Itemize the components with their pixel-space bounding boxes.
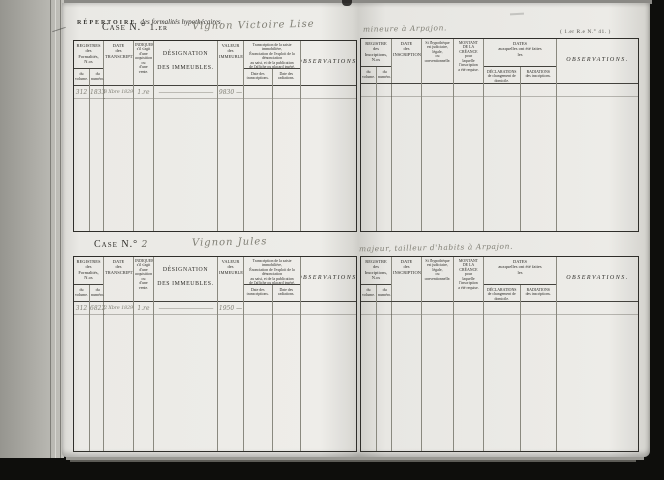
empty-entry [244,302,272,315]
empty-entry [392,84,421,97]
date-header: DATE des TRANSCRIPTIONS. [104,257,133,302]
subcol-date-transcriptions: Date des transcriptions. [244,69,272,231]
col-hypotheque: Si l'hypothèque est judiciaire, légale, … [422,39,454,231]
empty-entry [454,302,483,315]
empty-column-body [557,97,638,231]
col-hypotheque: Si l'hypothèque est judiciaire, légale, … [422,257,454,451]
date-header: DATE des INSCRIPTIONS. [392,257,421,302]
col-indiquer: INDIQUER s'il s'agit d'une acquisition o… [134,41,154,231]
registres-header: REGISTRES des Formalités, N.os [74,257,103,285]
empty-entry [244,86,272,99]
case-1-status-handwritten: mineure à Arpajon. [363,23,447,33]
subcol-numero: du numéro. [376,285,392,451]
empty-column-body [273,315,301,451]
empty-column-body [484,97,520,231]
empty-column-body [90,315,105,451]
numero-subheader: du numéro. [377,67,392,84]
book-page-stack-edge [0,0,64,458]
entry-date: 8 Xbre 1829 [104,86,133,99]
date-header: DATE des TRANSCRIPTIONS. [104,41,133,86]
empty-column-body [273,99,301,231]
declarations-subheader: DÉCLARATIONS de changement de domicile. [484,67,520,84]
registres-header: REGISTRES des Formalités, N.os [74,41,103,69]
col-montant: MONTANT DE LA CRÉANCE pour laquelle l'in… [454,257,484,451]
subcol-date-transcriptions: Date des transcriptions. [244,285,272,451]
montant-header: MONTANT DE LA CRÉANCE pour laquelle l'in… [454,39,483,84]
hypotheque-header: Si l'hypothèque est judiciaire, légale, … [422,257,453,302]
page-bottom-edge-shadow [70,460,636,462]
volume-subheader: du volume. [74,69,89,86]
registre-header: REGISTRE des Inscriptions, N.os [361,257,391,285]
ink-smudge [342,0,352,6]
empty-column-body [74,99,89,231]
dates-header: DATES auxquelles ont été faites les [484,257,556,285]
radiations-subheader: RADIATIONS des inscriptions. [521,285,557,302]
subcol-date-radiations: Date des radiations. [272,285,301,451]
col-designation: DÉSIGNATION DES IMMEUBLES. ————————— [154,257,218,451]
volume-subheader: du volume. [361,67,376,84]
empty-entry [454,84,483,97]
col-saisie-immobiliere: Transcription de la saisie immobilière, … [244,41,301,231]
subcol-radiations: RADIATIONS des inscriptions. [520,285,557,451]
entry-valeur: 9830 — [218,86,243,99]
case-2-number: 2 [142,240,149,250]
subcol-declarations: DÉCLARATIONS de changement de domicile. [484,285,520,451]
radiations-subheader: RADIATIONS des inscriptions. [521,67,557,84]
observations-header: OBSERVATIONS. [301,257,356,302]
empty-entry [301,86,356,99]
empty-column-body [154,99,217,231]
case-label-text: Case N.° [102,22,146,33]
empty-column-body [90,99,105,231]
empty-entry [361,84,376,97]
case-label-text: Case N.° [94,239,138,250]
case-2-label: Case N.° 2 [94,239,148,250]
numero-subheader: du numéro. [90,69,105,86]
indiquer-header: INDIQUER s'il s'agit d'une acquisition o… [134,257,153,302]
entry-numero: 6822 [90,302,105,315]
case-1-number: 1.er [150,22,168,32]
empty-entry [361,302,376,315]
empty-column-body [521,315,557,451]
empty-column-body [218,99,243,231]
hypotheque-header: Si l'hypothèque est judiciaire, légale, … [422,39,453,84]
case-2-inscriptions-table: REGISTRE des Inscriptions, N.os du volum… [360,256,639,452]
volume-subheader: du volume. [361,285,376,302]
subcol-radiations: RADIATIONS des inscriptions. [520,67,557,231]
valeur-header: VALEUR des IMMEUBLES. [218,41,243,86]
scanned-register-page: Répertoire des formalités hypothécaires.… [0,0,664,480]
col-indiquer: INDIQUER s'il s'agit d'une acquisition o… [134,257,154,451]
declarations-subheader: DÉCLARATIONS de changement de domicile. [484,285,520,302]
empty-column-body [134,315,153,451]
case-1-heading: Case N.° 1.er Vignon Victoire Lise mineu… [62,22,650,38]
empty-column-body [74,315,89,451]
col-registres: REGISTRES des Formalités, N.os du volume… [74,41,104,231]
empty-column-body [104,315,133,451]
observations-header: OBSERVATIONS. [557,257,638,302]
col-registre-inscriptions: REGISTRE des Inscriptions, N.os du volum… [361,257,392,451]
empty-entry [301,302,356,315]
empty-column-body [392,97,421,231]
col-observations: OBSERVATIONS. [557,257,638,451]
numero-subheader: du numéro. [377,285,392,302]
valeur-header: VALEUR des IMMEUBLES. [218,257,243,302]
saisie-sub2-header: Date des radiations. [273,69,301,86]
entry-designation: ————————— [154,86,217,99]
subcol-volume: du volume. [361,67,376,231]
case-1-label: Case N.° 1.er [102,22,168,33]
indiquer-header: INDIQUER s'il s'agit d'une acquisition o… [134,41,153,86]
empty-column-body [361,315,376,451]
empty-entry [392,302,421,315]
saisie-sub1-header: Date des transcriptions. [244,285,272,302]
numero-subheader: du numéro. [90,285,105,302]
case-1-inscriptions-table: REGISTRE des Inscriptions, N.os du volum… [360,38,639,232]
empty-column-body [484,315,520,451]
empty-entry [557,84,638,97]
col-montant: MONTANT DE LA CRÉANCE pour laquelle l'in… [454,39,484,231]
designation-header: DÉSIGNATION DES IMMEUBLES. [154,257,217,302]
col-saisie-immobiliere: Transcription de la saisie immobilière, … [244,257,301,451]
entry-volume: 312 [74,302,89,315]
col-observations: OBSERVATIONS. [557,39,638,231]
empty-entry [377,84,392,97]
montant-header: MONTANT DE LA CRÉANCE pour laquelle l'in… [454,257,483,302]
empty-column-body [301,99,356,231]
empty-entry [422,84,453,97]
saisie-header: Transcription de la saisie immobilière, … [244,41,300,69]
empty-entry [484,84,520,97]
page-edge-line [60,0,61,458]
entry-valeur: 1950 — [218,302,243,315]
saisie-sub2-header: Date des radiations. [273,285,301,302]
col-date-transcriptions: DATE des TRANSCRIPTIONS. 2 Xbre 1829 [104,257,134,451]
subcol-declarations: DÉCLARATIONS de changement de domicile. [484,67,520,231]
empty-column-body [521,97,557,231]
empty-column-body [244,99,272,231]
empty-column-body [392,315,421,451]
subcol-volume: du volume. 312 [74,69,89,231]
volume-subheader: du volume. [74,285,89,302]
empty-entry [377,302,392,315]
empty-entry [422,302,453,315]
empty-entry [521,84,557,97]
col-date-transcriptions: DATE des TRANSCRIPTIONS. 8 Xbre 1829 [104,41,134,231]
subcol-date-radiations: Date des radiations. [272,69,301,231]
empty-column-body [422,97,453,231]
col-date-inscriptions: DATE des INSCRIPTIONS. [392,257,422,451]
empty-column-body [244,315,272,451]
empty-column-body [301,315,356,451]
empty-column-body [361,97,376,231]
col-dates: DATES auxquelles ont été faites les DÉCL… [484,257,557,451]
empty-column-body [154,315,217,451]
col-valeur: VALEUR des IMMEUBLES. 1950 — [218,257,244,451]
empty-entry [557,302,638,315]
entry-date: 2 Xbre 1829 [104,302,133,315]
col-registres: REGISTRES des Formalités, N.os du volume… [74,257,104,451]
case-2-status-handwritten: majeur, tailleur d'habits à Arpajon. [359,242,513,254]
observations-header: OBSERVATIONS. [557,39,638,84]
col-observations: OBSERVATIONS. [301,41,356,231]
designation-header: DÉSIGNATION DES IMMEUBLES. [154,41,217,86]
empty-column-body [377,97,392,231]
empty-column-body [454,315,483,451]
registre-header: REGISTRE des Inscriptions, N.os [361,39,391,67]
col-dates: DATES auxquelles ont été faites les DÉCL… [484,39,557,231]
col-valeur: VALEUR des IMMEUBLES. 9830 — [218,41,244,231]
subcol-numero: du numéro. 6822 [89,285,105,451]
subcol-volume: du volume. [361,285,376,451]
page-edge-line [55,0,56,458]
saisie-header: Transcription de la saisie immobilière, … [244,257,300,285]
empty-column-body [104,99,133,231]
entry-volume: 312 [74,86,89,99]
dates-header: DATES auxquelles ont été faites les [484,39,556,67]
empty-entry [273,302,301,315]
case-2-name-handwritten: Vignon Jules [192,236,268,249]
empty-column-body [218,315,243,451]
observations-header: OBSERVATIONS. [301,41,356,86]
case-2-transcriptions-table: REGISTRES des Formalités, N.os du volume… [73,256,357,452]
entry-indiquer: 1.re [134,302,153,315]
subcol-numero: du numéro. 1833 [89,69,105,231]
entry-designation: ————————— [154,302,217,315]
empty-column-body [377,315,392,451]
case-1-name-handwritten: Vignon Victoire Lise [192,19,315,33]
col-registre-inscriptions: REGISTRE des Inscriptions, N.os du volum… [361,39,392,231]
page-edge-line [50,0,51,458]
empty-column-body [557,315,638,451]
empty-entry [521,302,557,315]
empty-column-body [454,97,483,231]
empty-entry [484,302,520,315]
register-spread: Répertoire des formalités hypothécaires.… [62,3,650,457]
empty-entry [273,86,301,99]
col-date-inscriptions: DATE des INSCRIPTIONS. [392,39,422,231]
saisie-sub1-header: Date des transcriptions. [244,69,272,86]
date-header: DATE des INSCRIPTIONS. [392,39,421,84]
case-1-transcriptions-table: REGISTRES des Formalités, N.os du volume… [73,40,357,232]
subcol-volume: du volume. 312 [74,285,89,451]
entry-indiquer: 1.re [134,86,153,99]
empty-column-body [134,99,153,231]
case-2-heading: Case N.° 2 Vignon Jules majeur, tailleur… [62,239,650,255]
col-observations: OBSERVATIONS. [301,257,356,451]
subcol-numero: du numéro. [376,67,392,231]
col-designation: DÉSIGNATION DES IMMEUBLES. ————————— [154,41,218,231]
entry-numero: 1833 [90,86,105,99]
empty-column-body [422,315,453,451]
